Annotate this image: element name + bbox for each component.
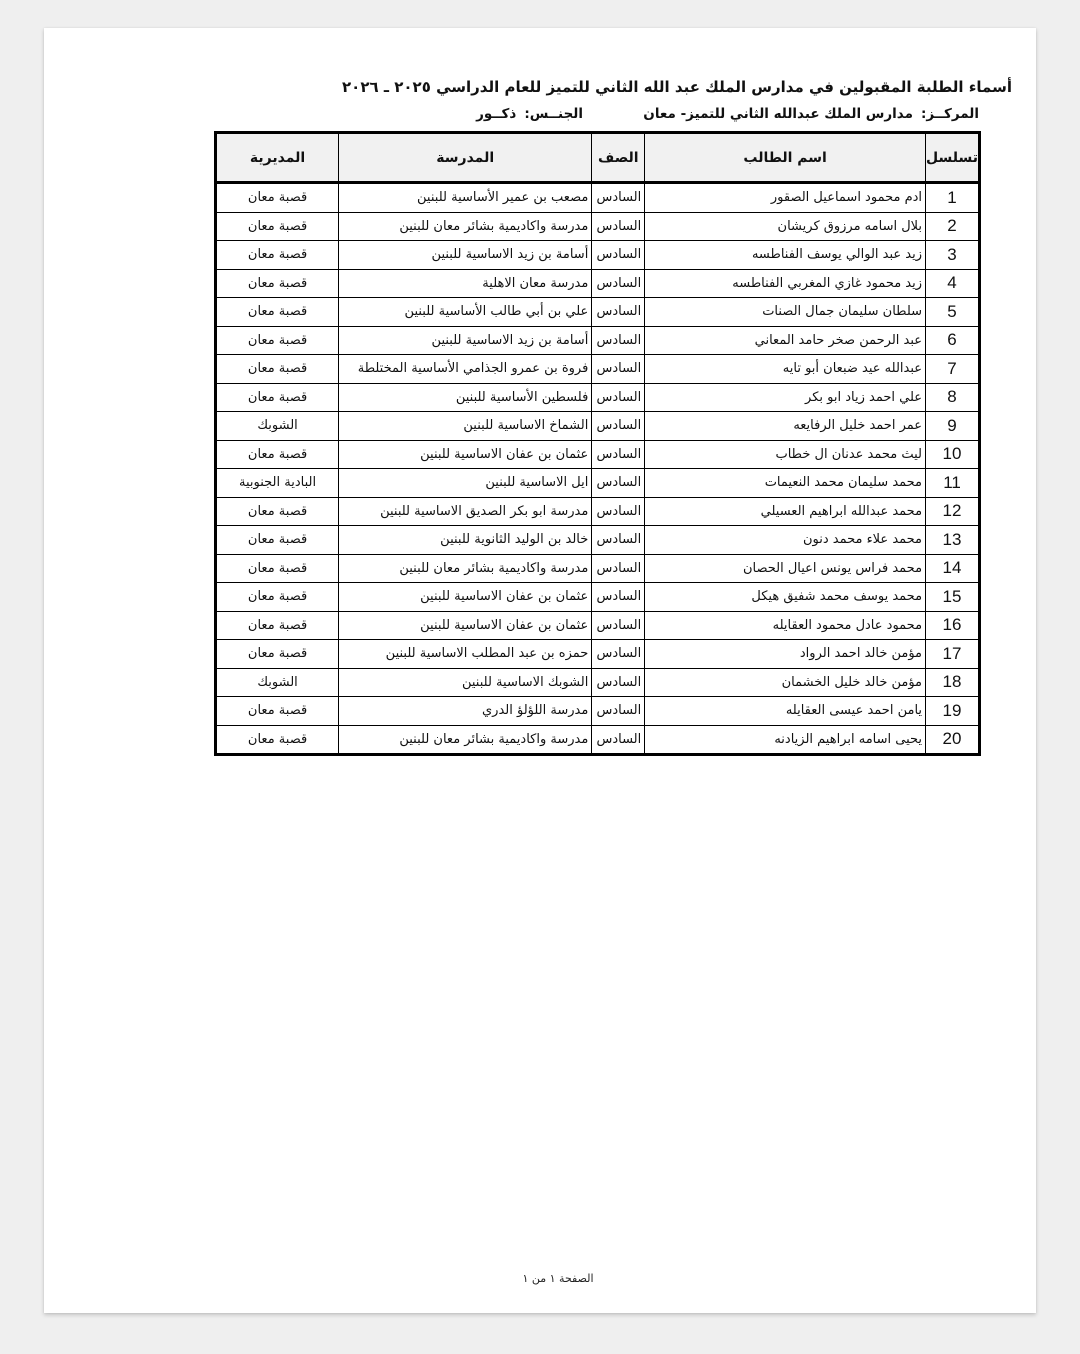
table-row: 16محمود عادل محمود العقايلهالسادسعثمان ب… xyxy=(216,611,980,640)
cell-serial: 2 xyxy=(926,212,980,241)
cell-student-name: علي احمد زياد ابو بكر xyxy=(645,383,926,412)
cell-grade: السادس xyxy=(592,697,645,726)
table-row: 13محمد علاء محمد دنونالسادسخالد بن الولي… xyxy=(216,526,980,555)
table-row: 6عبد الرحمن صخر حامد المعانيالسادسأسامة … xyxy=(216,326,980,355)
cell-student-name: ادم محمود اسماعيل الصقور xyxy=(645,183,926,213)
cell-serial: 3 xyxy=(926,241,980,270)
cell-serial: 14 xyxy=(926,554,980,583)
cell-school: عثمان بن عفان الاساسية للبنين xyxy=(339,440,592,469)
cell-student-name: عبد الرحمن صخر حامد المعاني xyxy=(645,326,926,355)
cell-school: مصعب بن عمير الأساسية للبنين xyxy=(339,183,592,213)
table-row: 7عبدالله عيد ضبعان أبو تايهالسادسفروة بن… xyxy=(216,355,980,384)
document-meta: المركــز:مدارس الملك عبدالله الثاني للتم… xyxy=(214,106,979,126)
cell-school: عثمان بن عفان الاساسية للبنين xyxy=(339,583,592,612)
cell-school: عثمان بن عفان الاساسية للبنين xyxy=(339,611,592,640)
cell-student-name: عبدالله عيد ضبعان أبو تايه xyxy=(645,355,926,384)
cell-serial: 5 xyxy=(926,298,980,327)
center-label: المركــز: xyxy=(921,106,979,122)
cell-student-name: يحيى اسامه ابراهيم الزيادنه xyxy=(645,725,926,755)
cell-school: مدرسة واكاديمية بشائر معان للبنين xyxy=(339,212,592,241)
gender-info: الجنــس:ذكــور xyxy=(476,106,583,122)
cell-grade: السادس xyxy=(592,383,645,412)
table-row: 9عمر احمد خليل الرفايعهالسادسالشماخ الاس… xyxy=(216,412,980,441)
cell-student-name: محمد يوسف محمد شفيق هيكل xyxy=(645,583,926,612)
header-directorate: المديرية xyxy=(216,133,339,183)
cell-student-name: سلطان سليمان جمال الصنات xyxy=(645,298,926,327)
cell-serial: 8 xyxy=(926,383,980,412)
cell-grade: السادس xyxy=(592,355,645,384)
cell-directorate: قصبة معان xyxy=(216,697,339,726)
cell-school: مدرسة اللؤلؤ الدري xyxy=(339,697,592,726)
cell-student-name: بلال اسامه مرزوق كريشان xyxy=(645,212,926,241)
table-row: 18مؤمن خالد خليل الخشمانالسادسالشوبك الا… xyxy=(216,668,980,697)
cell-student-name: محمود عادل محمود العقايله xyxy=(645,611,926,640)
table-row: 2بلال اسامه مرزوق كريشانالسادسمدرسة واكا… xyxy=(216,212,980,241)
table-header-row: تسلسل اسم الطالب الصف المدرسة المديرية xyxy=(216,133,980,183)
cell-grade: السادس xyxy=(592,497,645,526)
cell-student-name: يامن احمد عيسى العقايله xyxy=(645,697,926,726)
cell-serial: 11 xyxy=(926,469,980,498)
gender-value: ذكــور xyxy=(476,106,516,122)
header-serial: تسلسل xyxy=(926,133,980,183)
cell-directorate: قصبة معان xyxy=(216,212,339,241)
cell-grade: السادس xyxy=(592,526,645,555)
cell-grade: السادس xyxy=(592,469,645,498)
cell-school: ايل الاساسية للبنين xyxy=(339,469,592,498)
cell-student-name: محمد علاء محمد دنون xyxy=(645,526,926,555)
cell-student-name: ليث محمد عدنان ال خطاب xyxy=(645,440,926,469)
cell-directorate: الشوبك xyxy=(216,668,339,697)
table-row: 19يامن احمد عيسى العقايلهالسادسمدرسة الل… xyxy=(216,697,980,726)
cell-serial: 9 xyxy=(926,412,980,441)
cell-directorate: قصبة معان xyxy=(216,298,339,327)
cell-grade: السادس xyxy=(592,640,645,669)
cell-school: مدرسة ابو بكر الصديق الاساسية للبنين xyxy=(339,497,592,526)
table-row: 12محمد عبدالله ابراهيم العسيليالسادسمدرس… xyxy=(216,497,980,526)
table-row: 11محمد سليمان محمد النعيماتالسادسايل الا… xyxy=(216,469,980,498)
table-row: 1ادم محمود اسماعيل الصقورالسادسمصعب بن ع… xyxy=(216,183,980,213)
cell-grade: السادس xyxy=(592,583,645,612)
cell-directorate: قصبة معان xyxy=(216,241,339,270)
table-row: 3زيد عبد الوالي يوسف الفناطسهالسادسأسامة… xyxy=(216,241,980,270)
cell-serial: 19 xyxy=(926,697,980,726)
cell-school: الشوبك الاساسية للبنين xyxy=(339,668,592,697)
cell-school: علي بن أبي طالب الأساسية للبنين xyxy=(339,298,592,327)
cell-student-name: زيد محمود غازي المغربي الفناطسه xyxy=(645,269,926,298)
cell-student-name: مؤمن خالد احمد الرواد xyxy=(645,640,926,669)
cell-serial: 7 xyxy=(926,355,980,384)
cell-grade: السادس xyxy=(592,440,645,469)
cell-directorate: قصبة معان xyxy=(216,269,339,298)
cell-directorate: قصبة معان xyxy=(216,583,339,612)
cell-directorate: قصبة معان xyxy=(216,554,339,583)
cell-serial: 6 xyxy=(926,326,980,355)
cell-directorate: البادية الجنوبية xyxy=(216,469,339,498)
cell-student-name: محمد عبدالله ابراهيم العسيلي xyxy=(645,497,926,526)
cell-student-name: محمد سليمان محمد النعيمات xyxy=(645,469,926,498)
cell-serial: 20 xyxy=(926,725,980,755)
cell-grade: السادس xyxy=(592,183,645,213)
cell-directorate: قصبة معان xyxy=(216,497,339,526)
cell-school: الشماخ الاساسية للبنين xyxy=(339,412,592,441)
page-number: الصفحة ١ من ١ xyxy=(522,1272,593,1285)
cell-directorate: قصبة معان xyxy=(216,383,339,412)
cell-school: مدرسة واكاديمية بشائر معان للبنين xyxy=(339,725,592,755)
center-value: مدارس الملك عبدالله الثاني للتميز- معان xyxy=(643,106,913,122)
cell-serial: 13 xyxy=(926,526,980,555)
cell-serial: 10 xyxy=(926,440,980,469)
cell-school: خالد بن الوليد الثانوية للبنين xyxy=(339,526,592,555)
cell-directorate: الشوبك xyxy=(216,412,339,441)
cell-student-name: زيد عبد الوالي يوسف الفناطسه xyxy=(645,241,926,270)
cell-grade: السادس xyxy=(592,212,645,241)
cell-directorate: قصبة معان xyxy=(216,526,339,555)
cell-serial: 1 xyxy=(926,183,980,213)
table-row: 4زيد محمود غازي المغربي الفناطسهالسادسمد… xyxy=(216,269,980,298)
cell-school: مدرسة واكاديمية بشائر معان للبنين xyxy=(339,554,592,583)
table-body: 1ادم محمود اسماعيل الصقورالسادسمصعب بن ع… xyxy=(216,183,980,755)
cell-grade: السادس xyxy=(592,554,645,583)
cell-grade: السادس xyxy=(592,668,645,697)
cell-student-name: محمد فراس يونس اعيال الحصان xyxy=(645,554,926,583)
document-title: أسماء الطلبة المقبولين في مدارس الملك عب… xyxy=(284,78,1012,96)
cell-serial: 4 xyxy=(926,269,980,298)
document-page: أسماء الطلبة المقبولين في مدارس الملك عب… xyxy=(44,28,1036,1313)
cell-school: فروة بن عمرو الجذامي الأساسية المختلطة xyxy=(339,355,592,384)
table-row: 15محمد يوسف محمد شفيق هيكلالسادسعثمان بن… xyxy=(216,583,980,612)
table-row: 5سلطان سليمان جمال الصناتالسادسعلي بن أب… xyxy=(216,298,980,327)
cell-directorate: قصبة معان xyxy=(216,440,339,469)
cell-serial: 18 xyxy=(926,668,980,697)
cell-serial: 16 xyxy=(926,611,980,640)
students-table: تسلسل اسم الطالب الصف المدرسة المديرية 1… xyxy=(214,131,981,756)
cell-grade: السادس xyxy=(592,611,645,640)
gender-label: الجنــس: xyxy=(524,106,583,122)
table-row: 10ليث محمد عدنان ال خطابالسادسعثمان بن ع… xyxy=(216,440,980,469)
table-row: 8علي احمد زياد ابو بكرالسادسفلسطين الأسا… xyxy=(216,383,980,412)
header-grade: الصف xyxy=(592,133,645,183)
cell-serial: 17 xyxy=(926,640,980,669)
cell-school: فلسطين الأساسية للبنين xyxy=(339,383,592,412)
cell-school: أسامة بن زيد الاساسية للبنين xyxy=(339,241,592,270)
cell-directorate: قصبة معان xyxy=(216,326,339,355)
cell-school: مدرسة معان الاهلية xyxy=(339,269,592,298)
cell-serial: 15 xyxy=(926,583,980,612)
cell-grade: السادس xyxy=(592,269,645,298)
cell-directorate: قصبة معان xyxy=(216,183,339,213)
cell-directorate: قصبة معان xyxy=(216,611,339,640)
cell-grade: السادس xyxy=(592,412,645,441)
cell-student-name: مؤمن خالد خليل الخشمان xyxy=(645,668,926,697)
cell-directorate: قصبة معان xyxy=(216,355,339,384)
cell-grade: السادس xyxy=(592,725,645,755)
page-footer: الصفحة ١ من ١ xyxy=(44,1272,1036,1285)
table-row: 17مؤمن خالد احمد الروادالسادسحمزه بن عبد… xyxy=(216,640,980,669)
center-info: المركــز:مدارس الملك عبدالله الثاني للتم… xyxy=(643,106,979,122)
cell-student-name: عمر احمد خليل الرفايعه xyxy=(645,412,926,441)
cell-directorate: قصبة معان xyxy=(216,640,339,669)
table-row: 14محمد فراس يونس اعيال الحصانالسادسمدرسة… xyxy=(216,554,980,583)
cell-directorate: قصبة معان xyxy=(216,725,339,755)
table-row: 20يحيى اسامه ابراهيم الزيادنهالسادسمدرسة… xyxy=(216,725,980,755)
cell-grade: السادس xyxy=(592,326,645,355)
header-school: المدرسة xyxy=(339,133,592,183)
cell-serial: 12 xyxy=(926,497,980,526)
header-student-name: اسم الطالب xyxy=(645,133,926,183)
cell-school: حمزه بن عبد المطلب الاساسية للبنين xyxy=(339,640,592,669)
cell-grade: السادس xyxy=(592,241,645,270)
cell-school: أسامة بن زيد الاساسية للبنين xyxy=(339,326,592,355)
cell-grade: السادس xyxy=(592,298,645,327)
